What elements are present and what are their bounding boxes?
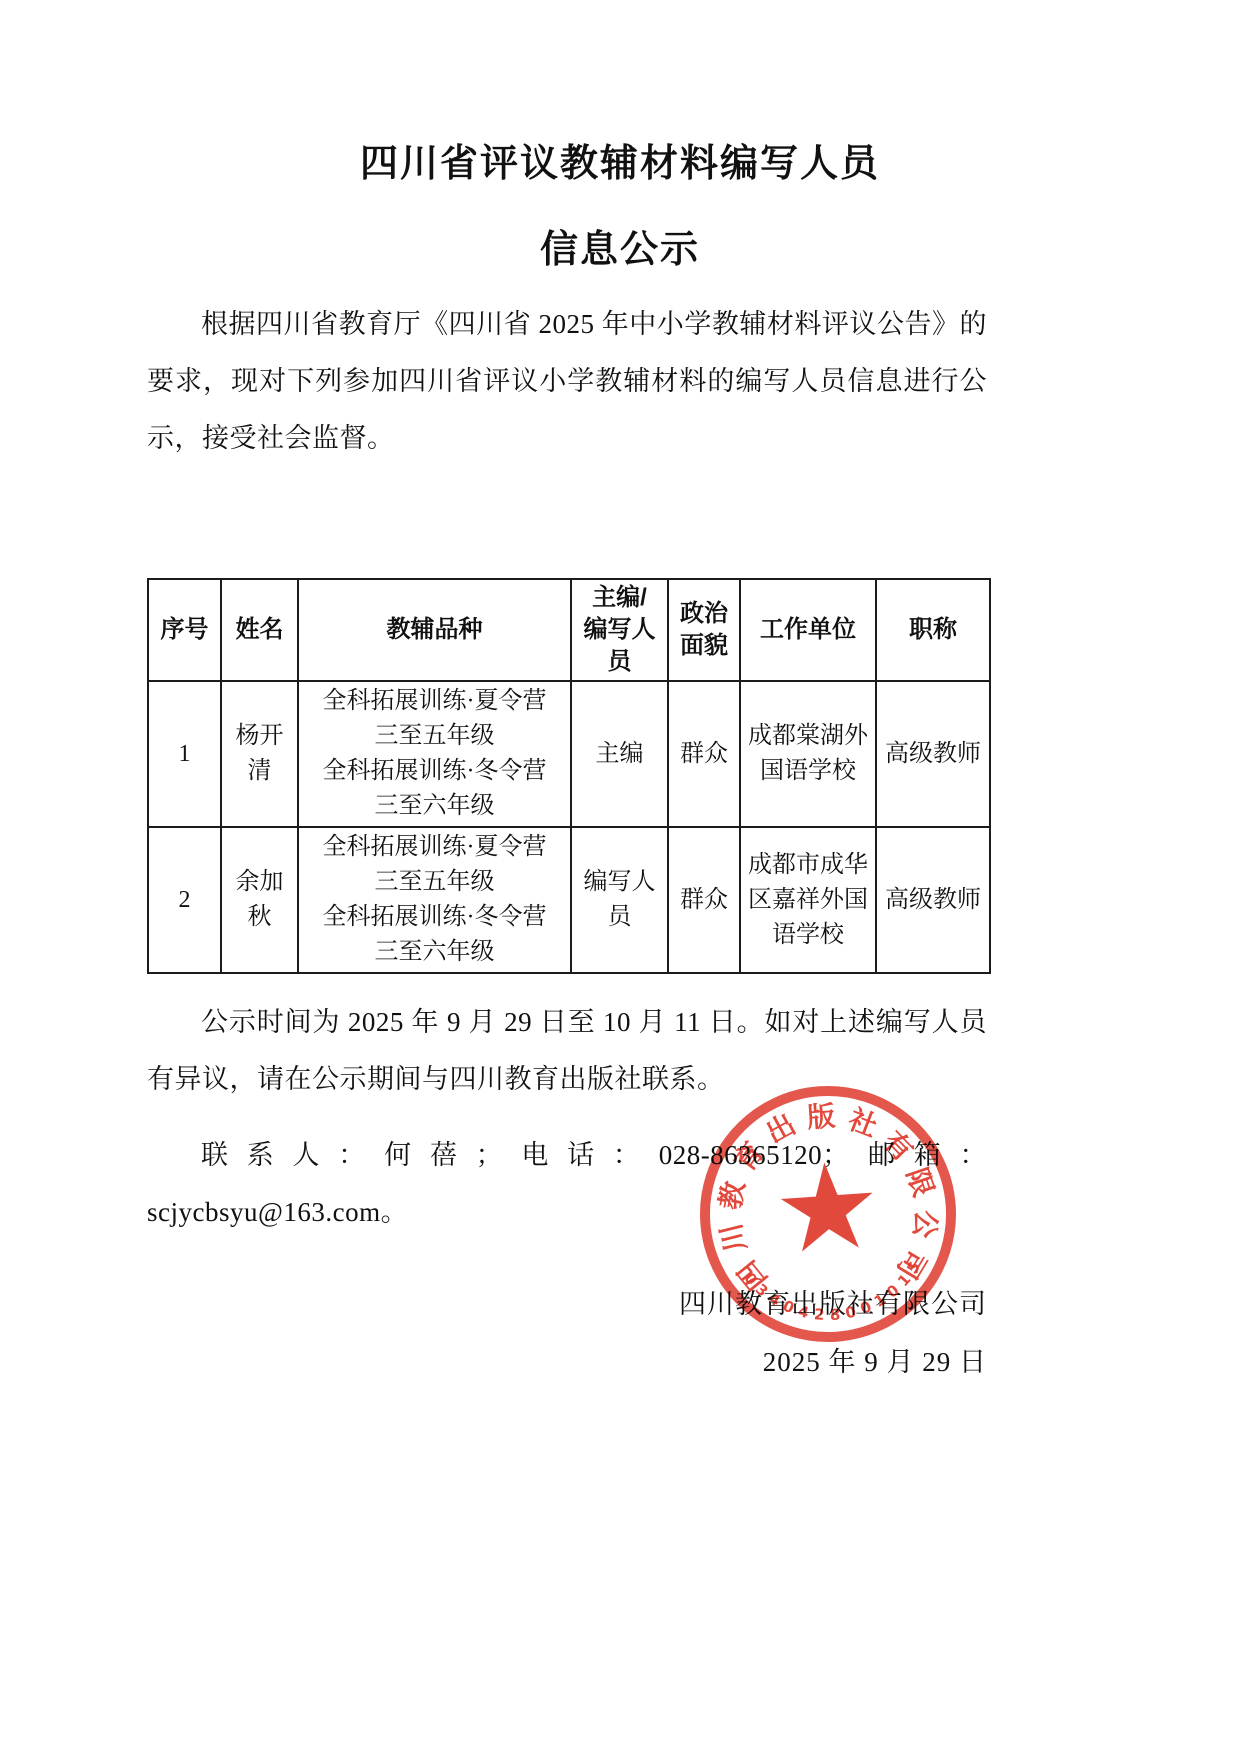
page-subtitle: 信息公示	[0, 218, 1240, 273]
roster-table: 序号 姓名 教辅品种 主编/ 编写人员 政治 面貌 工作单位 职称 1 杨开清 …	[147, 578, 991, 974]
page-title: 四川省评议教辅材料编写人员	[0, 132, 1240, 187]
seal-ring-text: 教	[714, 1177, 752, 1215]
header-political-status: 政治 面貌	[668, 579, 740, 681]
cell-material: 全科拓展训练·夏令营 三至五年级 全科拓展训练·冬令营 三至六年级	[298, 827, 571, 973]
seal-ring-text: 川	[714, 1218, 753, 1257]
header-index: 序号	[148, 579, 221, 681]
seal-ring-text: 版	[804, 1100, 838, 1134]
header-name: 姓名	[221, 579, 298, 681]
table-row: 2 余加秋 全科拓展训练·夏令营 三至五年级 全科拓展训练·冬令营 三至六年级 …	[148, 827, 990, 973]
cell-title: 高级教师	[876, 827, 990, 973]
header-work-unit: 工作单位	[740, 579, 876, 681]
cell-role: 编写人员	[571, 827, 668, 973]
cell-name: 杨开清	[221, 681, 298, 827]
cell-name: 余加秋	[221, 827, 298, 973]
header-title: 职称	[876, 579, 990, 681]
cell-political-status: 群众	[668, 681, 740, 827]
seal-serial: 4	[795, 1303, 812, 1322]
seal-ring-text: 公	[907, 1207, 942, 1242]
table-row: 1 杨开清 全科拓展训练·夏令营 三至五年级 全科拓展训练·冬令营 三至六年级 …	[148, 681, 990, 827]
seal-ring-text: 有	[875, 1124, 920, 1169]
cell-work-unit: 成都市成华 区嘉祥外国 语学校	[740, 827, 876, 973]
table-header-row: 序号 姓名 教辅品种 主编/ 编写人员 政治 面貌 工作单位 职称	[148, 579, 990, 681]
signature-date: 2025 年 9 月 29 日	[147, 1340, 1035, 1379]
cell-role: 主编	[571, 681, 668, 827]
seal-serial: 8	[828, 1306, 843, 1323]
seal-ring-text: 限	[899, 1162, 940, 1203]
seal-ring-text: 社	[842, 1103, 883, 1144]
seal-ring-text: 育	[727, 1135, 772, 1180]
seal-serial: 2	[812, 1306, 827, 1323]
cell-material: 全科拓展训练·夏令营 三至五年级 全科拓展训练·冬令营 三至六年级	[298, 681, 571, 827]
cell-political-status: 群众	[668, 827, 740, 973]
cell-title: 高级教师	[876, 681, 990, 827]
header-role: 主编/ 编写人员	[571, 579, 668, 681]
intro-paragraph: 根据四川省教育厅《四川省 2025 年中小学教辅材料评议公告》的要求，现对下列参…	[147, 296, 987, 467]
cell-work-unit: 成都棠湖外 国语学校	[740, 681, 876, 827]
cell-index: 2	[148, 827, 221, 973]
header-material: 教辅品种	[298, 579, 571, 681]
cell-index: 1	[148, 681, 221, 827]
seal-star-icon: ★	[770, 1146, 886, 1273]
